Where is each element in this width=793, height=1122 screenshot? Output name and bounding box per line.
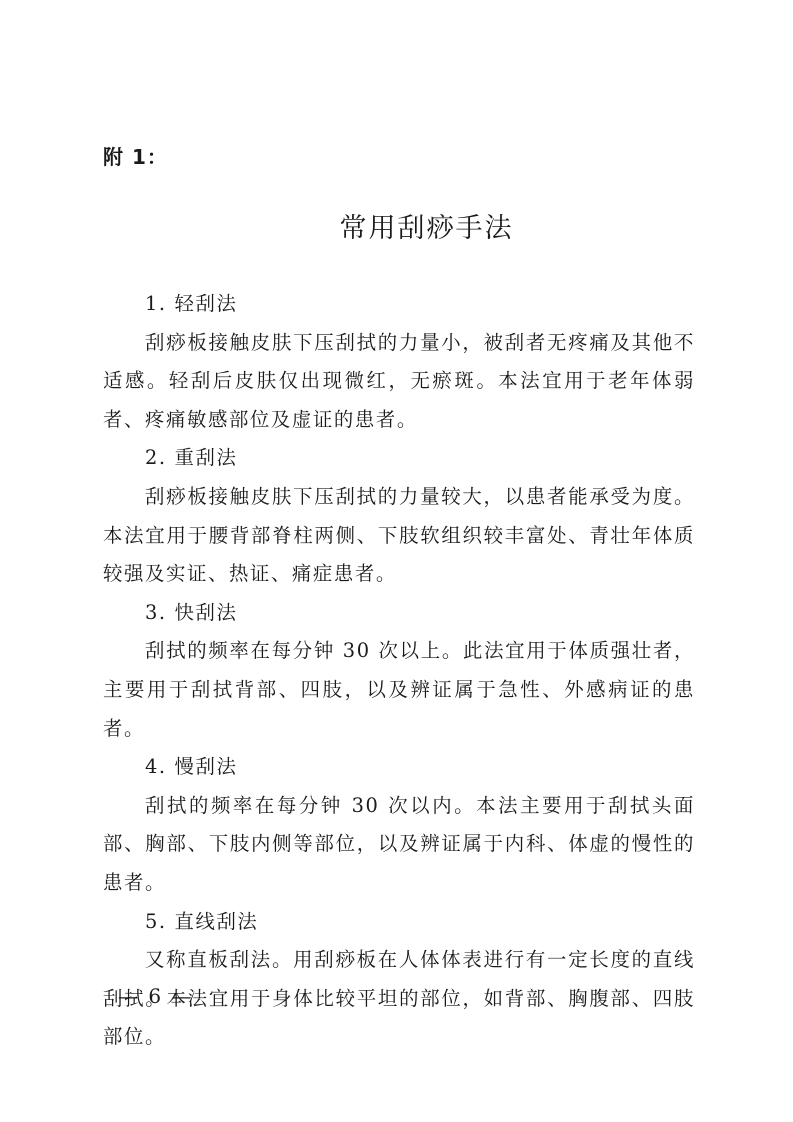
- attachment-label: 附 1：: [103, 141, 168, 170]
- document-page: 附 1： 常用刮痧手法 1. 轻刮法 刮痧板接触皮肤下压刮拭的力量小，被刮者无疼…: [0, 0, 793, 1122]
- section-heading-slow-scraping: 4. 慢刮法: [103, 748, 695, 787]
- section-text-slow-scraping: 刮拭的频率在每分钟 30 次以内。本法主要用于刮拭头面部、胸部、下肢内侧等部位，…: [103, 787, 695, 903]
- document-body: 1. 轻刮法 刮痧板接触皮肤下压刮拭的力量小，被刮者无疼痛及其他不适感。轻刮后皮…: [103, 285, 695, 1057]
- section-text-heavy-scraping: 刮痧板接触皮肤下压刮拭的力量较大，以患者能承受为度。本法宜用于腰背部脊柱两侧、下…: [103, 478, 695, 594]
- section-text-fast-scraping: 刮拭的频率在每分钟 30 次以上。此法宜用于体质强壮者，主要用于刮拭背部、四肢，…: [103, 632, 695, 748]
- section-text-light-scraping: 刮痧板接触皮肤下压刮拭的力量小，被刮者无疼痛及其他不适感。轻刮后皮肤仅出现微红，…: [103, 324, 695, 440]
- page-title: 常用刮痧手法: [0, 206, 793, 245]
- page-number: — 6 —: [118, 984, 193, 1008]
- section-heading-light-scraping: 1. 轻刮法: [103, 285, 695, 324]
- section-heading-straight-scraping: 5. 直线刮法: [103, 903, 695, 942]
- section-heading-heavy-scraping: 2. 重刮法: [103, 439, 695, 478]
- section-heading-fast-scraping: 3. 快刮法: [103, 594, 695, 633]
